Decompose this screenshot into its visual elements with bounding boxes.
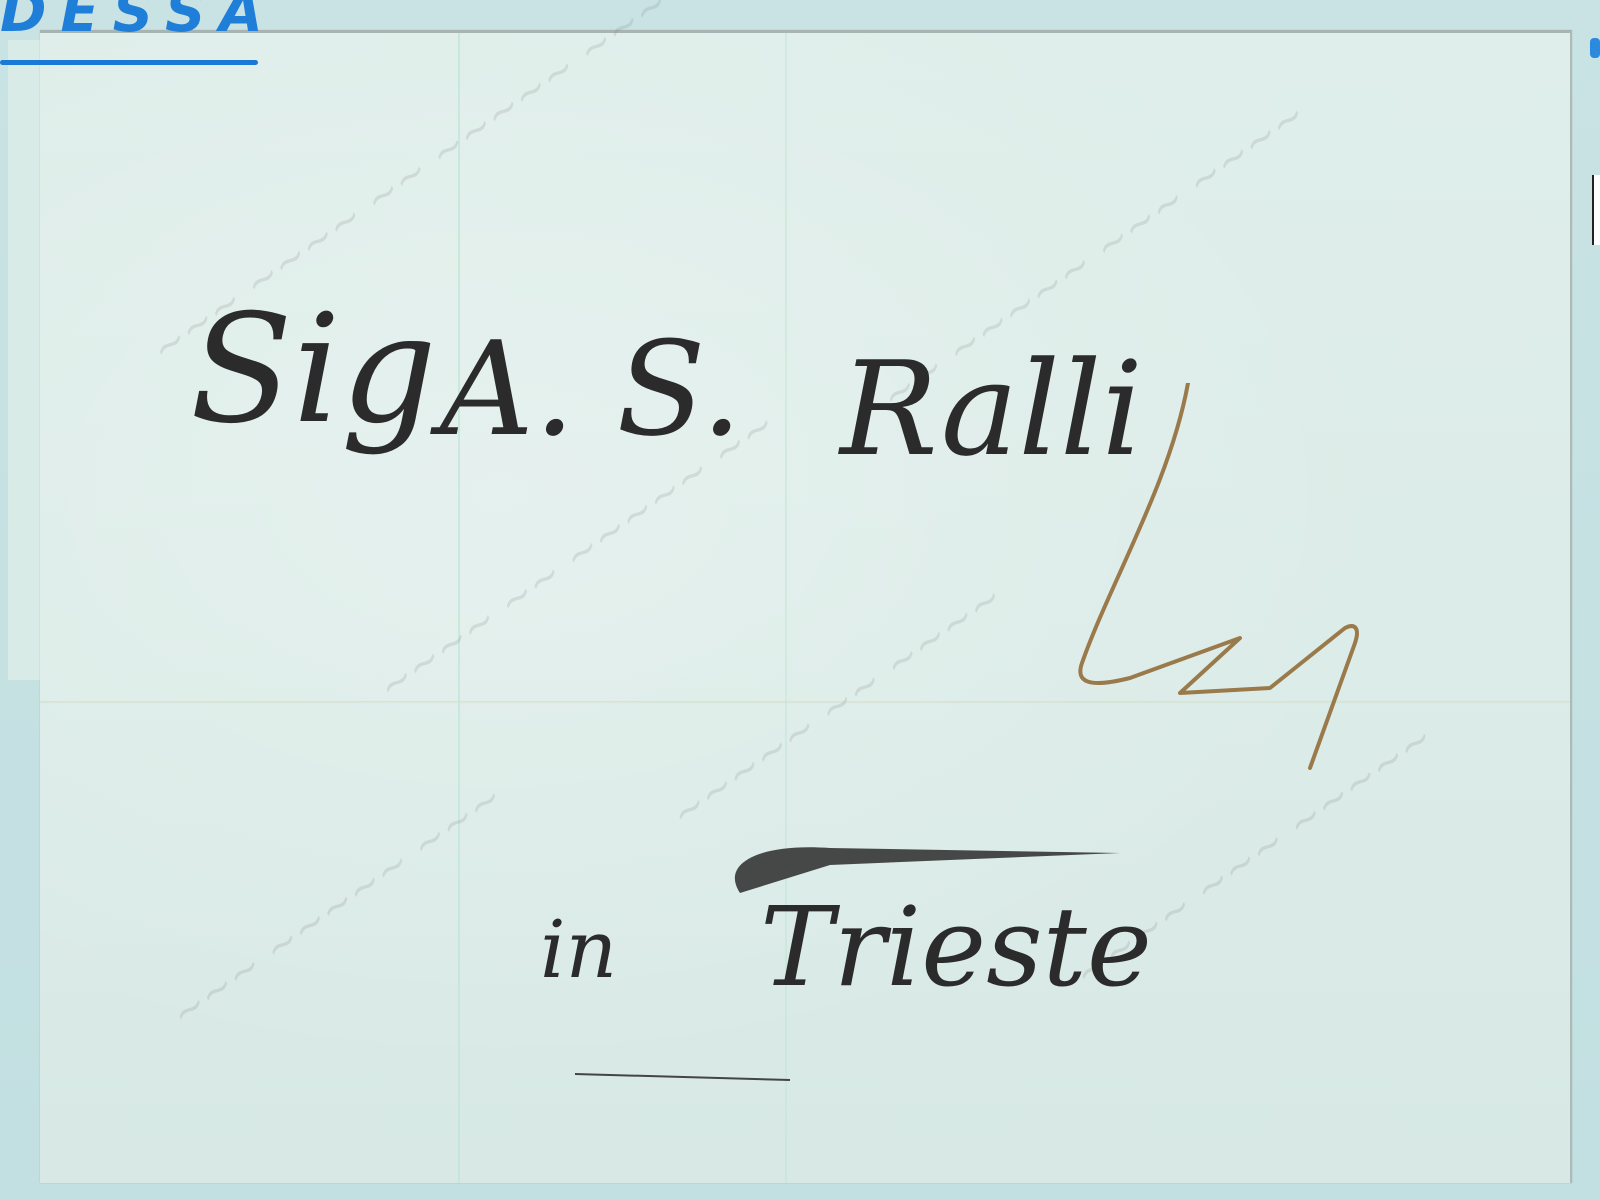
address-city: Trieste <box>760 883 1152 1011</box>
bleed-through-text: ~~~~~ ~~ ~~~~ <box>662 574 1011 838</box>
address-preposition: in <box>540 903 617 996</box>
letter-cover: ~~~ ~~~~ ~~ ~~~~~ ~~~ ~~~~ ~~ ~~~~~ ~~ ~… <box>40 30 1572 1183</box>
underline-stroke <box>570 1068 800 1088</box>
origin-annotation-underline <box>0 60 258 65</box>
address-recipient-initials: A. S. <box>440 313 742 465</box>
vertical-fold-line <box>458 33 460 1183</box>
blue-mark-fragment <box>1590 38 1600 58</box>
origin-annotation: DESSA <box>0 0 277 45</box>
address-salutation: Sig <box>190 283 437 457</box>
rate-mark <box>1070 383 1390 783</box>
edge-fragment <box>1592 175 1600 245</box>
